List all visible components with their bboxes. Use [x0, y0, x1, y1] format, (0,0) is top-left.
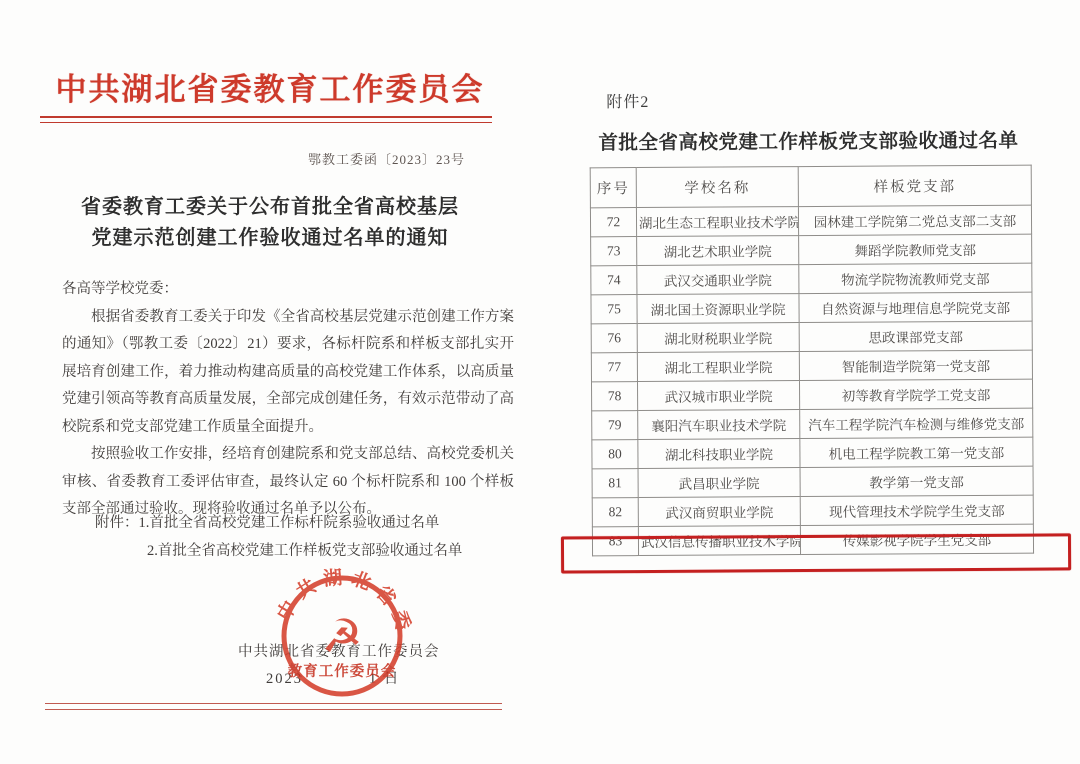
- notice-title-line1: 省委教育工委关于公布首批全省高校基层: [0, 192, 540, 223]
- row-83-highlight-annotation: [561, 533, 1071, 573]
- table-row: 82 武汉商贸职业学院 现代管理技术学院学生党支部: [592, 495, 1033, 527]
- salutation: 各高等学校党委：: [62, 276, 514, 304]
- cell-branch: 汽车工程学院汽车检测与维修党支部: [800, 408, 1033, 438]
- signature-org: 中共湖北省委教育工作委员会: [238, 640, 440, 661]
- cell-serial: 77: [591, 353, 637, 382]
- cell-serial: 76: [591, 324, 637, 353]
- cell-serial: 74: [591, 266, 637, 295]
- cell-school: 湖北生态工程职业技术学院: [636, 207, 798, 237]
- attachment2-label: 附件2: [606, 89, 649, 112]
- signature-date: 2023 1 日: [266, 667, 400, 688]
- cell-school: 武汉城市职业学院: [637, 381, 799, 411]
- notice-title-line2: 党建示范创建工作验收通过名单的通知: [0, 223, 540, 254]
- cell-school: 湖北科技职业学院: [638, 439, 800, 469]
- table-row: 76 湖北财税职业学院 思政课部党支部: [591, 321, 1032, 353]
- column-header-serial: 序号: [590, 168, 636, 208]
- cell-serial: 81: [592, 469, 638, 498]
- table-row: 78 武汉城市职业学院 初等教育学院学工党支部: [591, 379, 1032, 411]
- notice-body: 各高等学校党委： 根据省委教育工委关于印发《全省高校基层党建示范创建工作方案的通…: [62, 276, 514, 524]
- attachment-item-2: 2.首批全省高校党建工作样板党支部验收通过名单: [95, 538, 515, 566]
- cell-school: 襄阳汽车职业技术学院: [638, 410, 800, 440]
- cell-school: 湖北工程职业学院: [637, 352, 799, 382]
- attachment-list: 附件：1.首批全省高校党建工作标杆院系验收通过名单 2.首批全省高校党建工作样板…: [95, 510, 515, 565]
- cell-serial: 75: [591, 295, 637, 324]
- cell-branch: 舞蹈学院教师党支部: [799, 234, 1032, 264]
- table-header-row: 序号 学校名称 样板党支部: [590, 165, 1031, 208]
- cell-serial: 73: [591, 237, 637, 266]
- cell-school: 武汉商贸职业学院: [638, 497, 800, 527]
- cell-school: 湖北艺术职业学院: [637, 236, 799, 266]
- cell-branch: 智能制造学院第一党支部: [799, 350, 1032, 380]
- svg-text:中共湖北省委: 中共湖北省委: [272, 565, 416, 639]
- cell-serial: 72: [590, 208, 636, 237]
- table-body: 72 湖北生态工程职业技术学院 园林建工学院第二党总支部二支部 73 湖北艺术职…: [590, 205, 1033, 556]
- roster-table-title: 首批全省高校党建工作样板党支部验收通过名单: [538, 124, 1078, 155]
- cell-branch: 初等教育学院学工党支部: [799, 379, 1032, 409]
- body-paragraph-1: 根据省委教育工委关于印发《全省高校基层党建示范创建工作方案的通知》（鄂教工委〔2…: [62, 304, 514, 442]
- official-red-seal: 中共湖北省委 ☭ 教育工作委员会: [264, 558, 420, 714]
- model-branch-roster-table: 序号 学校名称 样板党支部 72 湖北生态工程职业技术学院 园林建工学院第二党总…: [590, 165, 1034, 557]
- cell-branch: 机电工程学院教工第一党支部: [800, 437, 1033, 467]
- table-row: 77 湖北工程职业学院 智能制造学院第一党支部: [591, 350, 1032, 382]
- table-row: 72 湖北生态工程职业技术学院 园林建工学院第二党总支部二支部: [590, 205, 1031, 237]
- cell-school: 武昌职业学院: [638, 468, 800, 498]
- notice-title: 省委教育工委关于公布首批全省高校基层 党建示范创建工作验收通过名单的通知: [0, 192, 540, 254]
- table-row: 73 湖北艺术职业学院 舞蹈学院教师党支部: [591, 234, 1032, 266]
- cell-school: 湖北财税职业学院: [637, 323, 799, 353]
- cell-school: 武汉交通职业学院: [637, 265, 799, 295]
- document-number: 鄂教工委函〔2023〕23号: [308, 149, 465, 168]
- cell-branch: 园林建工学院第二党总支部二支部: [798, 205, 1031, 235]
- column-header-school: 学校名称: [636, 167, 798, 208]
- scanned-notice-spread: 中共湖北省委教育工作委员会 鄂教工委函〔2023〕23号 省委教育工委关于公布首…: [0, 0, 1080, 764]
- table-row: 81 武昌职业学院 教学第一党支部: [592, 466, 1033, 498]
- table-row: 75 湖北国土资源职业学院 自然资源与地理信息学院党支部: [591, 292, 1032, 324]
- column-header-branch: 样板党支部: [798, 165, 1031, 206]
- cell-branch: 教学第一党支部: [800, 466, 1033, 496]
- attachment-item-1: 附件：1.首批全省高校党建工作标杆院系验收通过名单: [95, 510, 515, 538]
- cell-branch: 思政课部党支部: [799, 321, 1032, 351]
- cell-serial: 80: [592, 440, 638, 469]
- cell-serial: 82: [592, 498, 638, 527]
- cell-branch: 物流学院物流教师党支部: [799, 263, 1032, 293]
- footer-divider-rule: [45, 703, 502, 710]
- issuing-org-masthead: 中共湖北省委教育工作委员会: [0, 64, 540, 109]
- cell-school: 湖北国土资源职业学院: [637, 294, 799, 324]
- seal-arc-text: 中共湖北省委: [272, 565, 416, 639]
- table-row: 74 武汉交通职业学院 物流学院物流教师党支部: [591, 263, 1032, 295]
- notice-page: 中共湖北省委教育工作委员会 鄂教工委函〔2023〕23号 省委教育工委关于公布首…: [0, 0, 540, 764]
- cell-branch: 自然资源与地理信息学院党支部: [799, 292, 1032, 322]
- masthead-divider-rule: [40, 116, 492, 123]
- cell-serial: 78: [591, 382, 637, 411]
- cell-branch: 现代管理技术学院学生党支部: [800, 495, 1033, 525]
- table-row: 80 湖北科技职业学院 机电工程学院教工第一党支部: [592, 437, 1033, 469]
- cell-serial: 79: [592, 411, 638, 440]
- table-row: 79 襄阳汽车职业技术学院 汽车工程学院汽车检测与维修党支部: [592, 408, 1033, 440]
- attachment2-page: 附件2 首批全省高校党建工作样板党支部验收通过名单 序号 学校名称 样板党支部 …: [538, 0, 1080, 764]
